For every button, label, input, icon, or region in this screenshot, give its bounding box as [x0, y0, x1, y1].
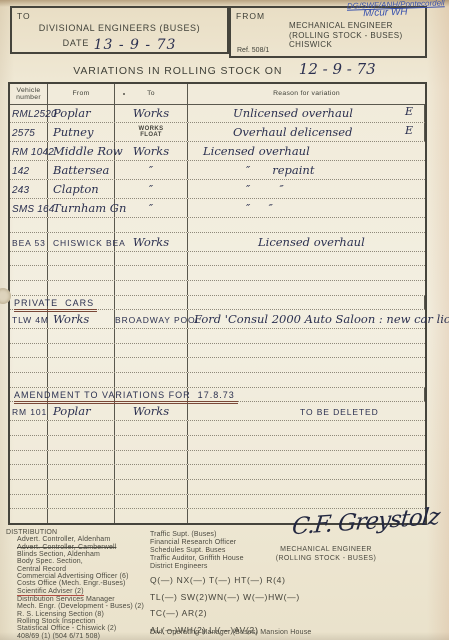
cell-vehicle [10, 252, 48, 266]
cell-entry: TO BE DELETED [300, 407, 379, 417]
cell-vehicle: 243 [10, 180, 48, 198]
cell-vehicle [10, 451, 48, 465]
cell-to: ″ [115, 180, 188, 198]
cell-entry: BEA 53 [12, 238, 46, 248]
cell-vehicle [10, 358, 48, 372]
document-title-row: VARIATIONS IN ROLLING STOCK ON 12 - 9 - … [0, 60, 449, 79]
distribution-item-text: Body Spec. Section, [17, 558, 83, 565]
from-address-line: (ROLLING STOCK - BUSES) [289, 31, 403, 41]
garage-code-line: TC(—) AR(2) [150, 608, 300, 618]
cell-vehicle: RM 1042 [10, 142, 48, 160]
distribution-item: Body Spec. Section, [17, 558, 150, 565]
cell-vehicle [10, 344, 48, 358]
footer-line: Divl. Operating Manager (Buses) Mansion … [150, 629, 312, 636]
table-row [10, 329, 425, 344]
variations-table: VehiclenumberFromToReason for variation … [8, 82, 427, 525]
distribution-item: Costs Office (Mech. Engr.-Buses) [17, 580, 150, 587]
cell-from [48, 218, 115, 232]
distribution-item-text: Distribution Services Manager [17, 596, 115, 603]
cell-entry: 243 [12, 185, 29, 196]
cell-entry: Licensed overhaul [258, 235, 365, 249]
table-row [10, 344, 425, 359]
distribution-item: Rolling Stock Inspection [17, 618, 150, 625]
cell-from [48, 509, 115, 523]
header-cell-line: From [72, 90, 89, 97]
cell-to [115, 373, 188, 387]
cell-to [115, 480, 188, 494]
cell-vehicle: RM 101 [10, 402, 48, 420]
stray-dot [123, 93, 125, 95]
cell-entry: ″ [149, 182, 153, 196]
cell-vehicle: 142 [10, 161, 48, 179]
distribution-item-text: R. S. Licensing Section (8) [17, 611, 104, 618]
cell-vehicle [10, 465, 48, 479]
distribution-item: R. S. Licensing Section (8) [17, 611, 150, 618]
cell-vehicle [10, 480, 48, 494]
table-row: BEA 53CHISWICK BEAWorksLicensed overhaul [10, 233, 425, 252]
cell-to: Works [115, 142, 188, 160]
cell-to [115, 296, 188, 310]
cell-entry: WORKS FLOAT [139, 126, 164, 139]
table-body: RML2520PoplarWorksUnlicensed overhaulE25… [10, 104, 425, 523]
cell-reason [188, 465, 425, 479]
header-cell-line: Vehicle [16, 87, 40, 94]
table-row [10, 465, 425, 480]
cell-from: CHISWICK BEA [48, 233, 115, 251]
cell-reason: Overhaul delicensed [188, 123, 425, 141]
cell-to [115, 266, 188, 280]
cell-from [48, 465, 115, 479]
table-row [10, 480, 425, 495]
cell-reason [188, 358, 425, 372]
cell-reason [188, 296, 425, 310]
distribution-middle-item: Traffic Supt. (Buses) [150, 531, 310, 539]
distribution-item-text: Mech. Engr. (Development - Buses) (2) [17, 603, 144, 610]
table-row [10, 266, 425, 281]
table-row [10, 436, 425, 451]
cell-entry: 142 [12, 166, 29, 177]
cell-vehicle: BEA 53 [10, 233, 48, 251]
cell-entry: Unlicensed overhaul [233, 106, 353, 120]
section-heading: AMENDMENT TO VARIATIONS FOR 17.8.73 [14, 390, 238, 404]
table-header-row: VehiclenumberFromToReason for variation [10, 84, 425, 105]
distribution-list: Advert. Controller, AldenhamAdvert. Cont… [17, 536, 150, 640]
cell-from [48, 451, 115, 465]
document-title: VARIATIONS IN ROLLING STOCK ON [73, 65, 282, 77]
cell-from: Poplar [48, 402, 115, 420]
cell-reason [188, 218, 425, 232]
distribution-item-text: Commercial Advertising Officer (6) [17, 573, 129, 580]
distribution-item-text: Advert. Controller, Camberwell [17, 544, 116, 551]
cell-from [48, 329, 115, 343]
cell-entry: Works [133, 106, 169, 120]
cell-reason: Ford 'Consul 2000 Auto Saloon : new car … [188, 310, 449, 328]
cell-to: BROADWAY POOL [115, 310, 188, 328]
header-cell-line: number [16, 94, 41, 101]
cell-to [115, 344, 188, 358]
distribution-item: Distribution Services Manager [17, 596, 150, 603]
cell-from: Poplar [48, 104, 115, 122]
distribution-item: Advert. Controller, Camberwell [17, 544, 150, 551]
cell-reason: TO BE DELETED [188, 402, 425, 420]
section-heading: PRIVATE CARS [14, 298, 97, 312]
table-row [10, 252, 425, 267]
cell-from [48, 480, 115, 494]
cell-to [115, 495, 188, 509]
cell-from [48, 252, 115, 266]
cell-to [115, 252, 188, 266]
cell-vehicle [10, 218, 48, 232]
distribution-item-text: Costs Office (Mech. Engr.-Buses) [17, 580, 126, 587]
table-row [10, 451, 425, 466]
cell-from [48, 421, 115, 435]
table-row: PRIVATE CARS [10, 296, 425, 311]
distribution-block: DISTRIBUTION Advert. Controller, Aldenha… [6, 529, 150, 640]
scanned-document-page: DG/SWF/ANH/Pontecordell M/cur WH TO DIVI… [0, 0, 449, 640]
cell-entry: Middle Row [53, 144, 123, 158]
cell-to: ″ [115, 199, 188, 217]
cell-from [48, 266, 115, 280]
cell-reason: Licensed overhaul [188, 142, 425, 160]
cell-entry: Ford 'Consul 2000 Auto Saloon : new car … [194, 312, 449, 326]
cell-to [115, 436, 188, 450]
table-row: 243Clapton″″ ″ [10, 180, 425, 199]
to-box: TO DIVISIONAL ENGINEERS (BUSES) DATE 13 … [10, 6, 229, 54]
cell-vehicle [10, 329, 48, 343]
cell-reason [188, 495, 425, 509]
cell-reason [188, 266, 425, 280]
cell-entry: Poplar [53, 404, 91, 418]
cell-reason [188, 451, 425, 465]
reference-number: Ref. 508/1 [237, 47, 269, 54]
cell-reason [188, 421, 425, 435]
handwritten-routing-annotation: DG/SWF/ANH/Pontecordell M/cur WH [347, 0, 445, 20]
distribution-item: 408/69 (1) (504 6/71 508) [17, 633, 150, 640]
cell-entry: Poplar [53, 106, 91, 120]
cell-to [115, 451, 188, 465]
cell-reason [188, 344, 425, 358]
cell-from [48, 373, 115, 387]
table-row: RM 101PoplarWorksTO BE DELETED [10, 402, 425, 421]
cell-from [48, 495, 115, 509]
cell-entry: RM 101 [12, 407, 47, 417]
date-label: DATE [63, 38, 90, 48]
cell-reason: ″ repaint [188, 161, 425, 179]
from-address: MECHANICAL ENGINEER(ROLLING STOCK - BUSE… [289, 21, 403, 50]
cell-to [115, 465, 188, 479]
margin-note: E [405, 105, 413, 118]
cell-entry: ″ ″ [246, 182, 284, 196]
cell-vehicle: SMS 164 [10, 199, 48, 217]
table-row: AMENDMENT TO VARIATIONS FOR 17.8.73 [10, 388, 425, 403]
distribution-item: Blinds Section, Aldenham [17, 551, 150, 558]
from-label: FROM [236, 11, 265, 21]
cell-vehicle [10, 373, 48, 387]
cell-entry: ″ ″ [246, 201, 273, 215]
cell-reason [188, 281, 425, 295]
cell-entry: ″ repaint [246, 163, 314, 177]
cell-reason: ″ ″ [188, 199, 425, 217]
table-row: 2575PutneyWORKS FLOATOverhaul delicensed… [10, 123, 425, 142]
cell-vehicle [10, 509, 48, 523]
cell-to [115, 218, 188, 232]
garage-code-line: Q(—) NX(—) T(—) HT(—) R(4) [150, 575, 300, 585]
table-row: RML2520PoplarWorksUnlicensed overhaulE [10, 104, 425, 123]
cell-from: Battersea [48, 161, 115, 179]
cell-to: Works [115, 104, 188, 122]
distribution-item: Mech. Engr. (Development - Buses) (2) [17, 603, 150, 610]
table-row: 142Battersea″″ repaint [10, 161, 425, 180]
cell-to [115, 421, 188, 435]
cell-from [48, 436, 115, 450]
distribution-item: Commercial Advertising Officer (6) [17, 573, 150, 580]
cell-to: Works [115, 402, 188, 420]
cell-from [48, 358, 115, 372]
distribution-item-text: Central Record [17, 566, 66, 573]
cell-from: Middle Row [48, 142, 115, 160]
header-cell: Reason for variation [188, 84, 425, 104]
cell-reason [188, 373, 425, 387]
cell-vehicle [10, 281, 48, 295]
cell-to [115, 509, 188, 523]
cell-entry: Works [53, 312, 89, 326]
cell-from: Putney [48, 123, 115, 141]
distribution-item-text: Scientific Adviser (2) [17, 588, 84, 596]
table-row: RM 1042Middle RowWorksLicensed overhaul [10, 142, 425, 161]
distribution-item-text: Blinds Section, Aldenham [17, 551, 100, 558]
cell-entry: TLW 4M [12, 315, 49, 325]
cell-entry: ″ [149, 163, 153, 177]
cell-reason [188, 436, 425, 450]
cell-vehicle [10, 436, 48, 450]
header-cell: To [115, 84, 188, 104]
distribution-item: Scientific Adviser (2) [17, 588, 150, 596]
table-row: SMS 164Turnham Gn″″ ″ [10, 199, 425, 218]
cell-vehicle [10, 266, 48, 280]
table-row [10, 218, 425, 233]
table-row [10, 495, 425, 510]
cell-reason: ″ ″ [188, 180, 425, 198]
cell-vehicle: RML2520 [10, 104, 48, 122]
cell-entry: Works [133, 144, 169, 158]
signatory-title-line: MECHANICAL ENGINEER [256, 546, 396, 555]
title-date-handwritten: 12 - 9 - 73 [299, 60, 376, 78]
date-value-handwritten: 13 - 9 - 73 [94, 37, 177, 53]
cell-reason: Unlicensed overhaul [188, 104, 425, 122]
distribution-item: Central Record [17, 566, 150, 573]
cell-vehicle [10, 421, 48, 435]
to-recipient: DIVISIONAL ENGINEERS (BUSES) [12, 23, 227, 33]
distribution-item: Statistical Office - Chiswick (2) [17, 625, 150, 632]
header-cell: From [48, 84, 115, 104]
cell-vehicle: 2575 [10, 123, 48, 141]
cell-from: Clapton [48, 180, 115, 198]
cell-from: Works [48, 310, 115, 328]
table-row: TLW 4MWorksBROADWAY POOLFord 'Consul 200… [10, 310, 425, 329]
table-row [10, 281, 425, 296]
cell-entry: Battersea [53, 163, 109, 177]
cell-reason [188, 329, 425, 343]
cell-entry: ″ [149, 201, 153, 215]
distribution-item-text: 408/69 (1) (504 6/71 508) [17, 633, 100, 640]
cell-reason [188, 480, 425, 494]
cell-from [48, 281, 115, 295]
header-cell-line: To [147, 90, 155, 97]
cell-to [115, 281, 188, 295]
cell-vehicle: TLW 4M [10, 310, 48, 328]
distribution-heading: DISTRIBUTION [6, 529, 150, 536]
cell-entry: Licensed overhaul [203, 144, 310, 158]
cell-to [115, 358, 188, 372]
cell-to: WORKS FLOAT [115, 123, 188, 141]
table-row [10, 358, 425, 373]
distribution-item: Advert. Controller, Aldenham [17, 536, 150, 543]
cell-to: Works [115, 233, 188, 251]
header-cell: Vehiclenumber [10, 84, 48, 104]
distribution-item-text: Advert. Controller, Aldenham [17, 536, 110, 543]
cell-from [48, 344, 115, 358]
cell-reason [188, 252, 425, 266]
from-address-line: MECHANICAL ENGINEER [289, 21, 403, 31]
table-row [10, 421, 425, 436]
cell-reason: Licensed overhaul [188, 233, 425, 251]
cell-entry: Works [133, 235, 169, 249]
garage-code-line: TL(—) SW(2)WN(—) W(—)HW(—) [150, 592, 300, 602]
cell-entry: Works [133, 404, 169, 418]
margin-note: E [405, 124, 413, 137]
cell-entry: Putney [53, 125, 93, 139]
date-row: DATE 13 - 9 - 73 [12, 36, 227, 54]
cell-to [115, 329, 188, 343]
cell-from: Turnham Gn [48, 199, 115, 217]
cell-entry: Overhaul delicensed [233, 125, 352, 139]
distribution-item-text: Rolling Stock Inspection [17, 618, 95, 625]
cell-to: ″ [115, 161, 188, 179]
distribution-item-text: Statistical Office - Chiswick (2) [17, 625, 116, 632]
signatory-title-line: (ROLLING STOCK - BUSES) [256, 555, 396, 564]
from-address-line: CHISWICK [289, 40, 403, 50]
signatory-title: MECHANICAL ENGINEER(ROLLING STOCK - BUSE… [256, 546, 396, 563]
table-row [10, 373, 425, 388]
cell-entry: Clapton [53, 182, 99, 196]
cell-vehicle [10, 495, 48, 509]
header-cell-line: Reason for variation [273, 90, 340, 97]
cell-entry: 2575 [12, 128, 35, 139]
distribution-middle-item: District Engineers [150, 563, 310, 571]
to-label: TO [17, 11, 31, 21]
